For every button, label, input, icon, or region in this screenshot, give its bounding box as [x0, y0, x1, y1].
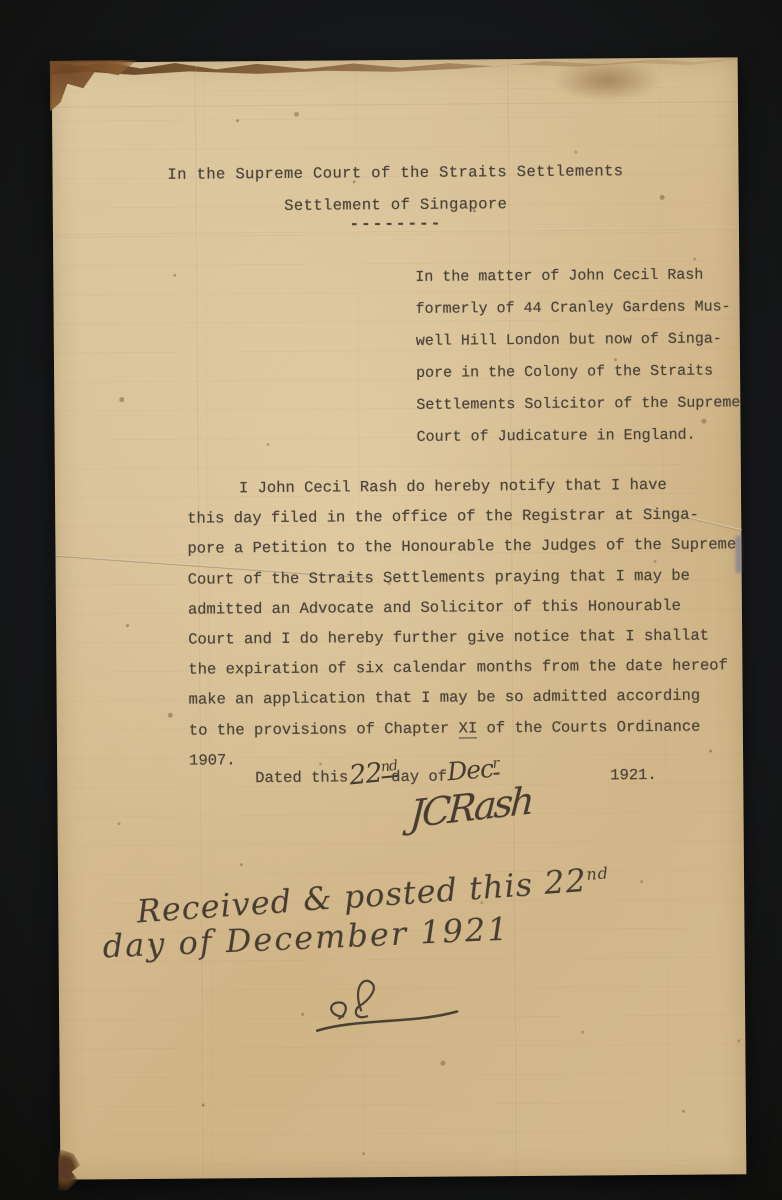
dated-prefix: Dated this	[255, 768, 348, 787]
body-line: Court of the Straits Settlements praying…	[188, 560, 748, 595]
month-name: Dec	[446, 754, 494, 786]
matter-line: Settlements Solicitor of the Supreme	[416, 387, 746, 422]
document-page: In the Supreme Court of the Straits Sett…	[52, 57, 747, 1179]
horizontal-fold-line	[52, 101, 738, 107]
clerk-monogram-flourish	[309, 971, 470, 1042]
body-line: Court and I do hereby further give notic…	[188, 620, 748, 655]
matter-line: In the matter of John Cecil Rash	[415, 259, 745, 294]
dated-year: 1921.	[610, 766, 657, 784]
binding-remnant-bottom-left	[58, 1149, 80, 1191]
stain-top-right	[552, 58, 662, 103]
dated-line: Dated this 22nd day of Decr 1921.	[57, 757, 743, 812]
foxing-spots	[52, 63, 55, 66]
dated-middle: day of	[391, 768, 447, 786]
body-line: make an application that I may be so adm…	[189, 681, 749, 716]
body-line: to the provisions of Chapter XI of the C…	[189, 711, 749, 746]
body-line-segment: of the Courts Ordinance	[477, 717, 700, 737]
day-number: 22	[348, 757, 383, 791]
body-line: admitted an Advocate and Solicitor of th…	[188, 590, 748, 625]
notice-body: I John Cecil Rash do hereby notify that …	[187, 469, 749, 775]
body-line: pore a Petition to the Honourable the Ju…	[187, 530, 747, 565]
handwritten-month: Decr	[446, 753, 500, 786]
chapter-number-underlined: XI	[459, 719, 478, 738]
matter-line: pore in the Colony of the Straits	[416, 355, 746, 390]
received-ordinal: nd	[586, 863, 610, 884]
matter-line: formerly of 44 Cranley Gardens Mus-	[415, 291, 745, 326]
matter-line: Court of Judicature in England.	[416, 419, 746, 454]
court-title-line1: In the Supreme Court of the Straits Sett…	[52, 161, 738, 184]
body-line: I John Cecil Rash do hereby notify that …	[187, 469, 747, 504]
photo-background: In the Supreme Court of the Straits Sett…	[0, 0, 782, 1200]
month-ordinal: r	[492, 755, 499, 774]
torn-corner-top-left	[50, 60, 138, 119]
body-line: the expiration of six calendar months fr…	[188, 650, 748, 685]
matter-block: In the matter of John Cecil Rash formerl…	[415, 259, 746, 454]
matter-line: well Hill London but now of Singa-	[416, 323, 746, 358]
body-line: this day filed in the office of the Regi…	[187, 499, 747, 534]
body-line-segment: to the provisions of Chapter	[189, 719, 459, 739]
